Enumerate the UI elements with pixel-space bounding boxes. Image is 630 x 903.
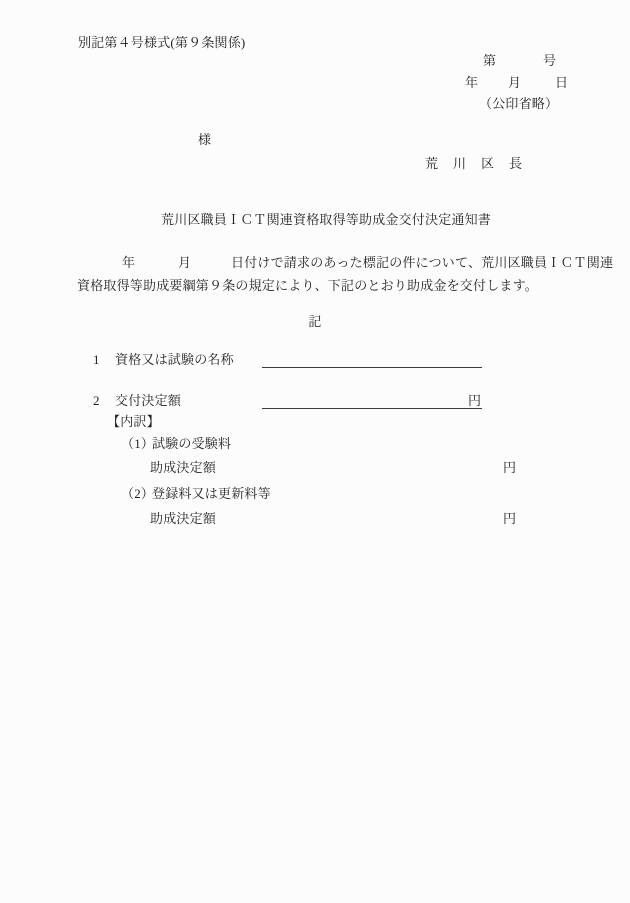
doc-number-prefix: 第	[483, 54, 496, 68]
doc-number-suffix: 号	[543, 54, 556, 68]
body-date-month-label: 月	[178, 256, 191, 270]
item-2-number: 2	[93, 394, 100, 408]
breakdown-1-number: （1）	[121, 437, 154, 451]
breakdown-1-amount-label: 助成決定額	[150, 461, 216, 475]
breakdown-2-amount-label: 助成決定額	[150, 512, 216, 526]
sender-name: 荒 川 区 長	[425, 157, 523, 171]
item-2-value-field	[262, 395, 482, 409]
date-month-label: 月	[508, 76, 521, 90]
date-year-label: 年	[465, 76, 478, 90]
date-day-label: 日	[555, 76, 568, 90]
form-label: 別記第４号様式(第９条関係)	[78, 36, 245, 50]
breakdown-2-number: （2）	[121, 487, 154, 501]
breakdown-1-unit: 円	[503, 461, 516, 475]
breakdown-heading: 【内訳】	[107, 415, 160, 429]
item-1-label: 資格又は試験の名称	[115, 353, 234, 367]
item-2-unit: 円	[468, 394, 481, 408]
ki-marker: 記	[0, 315, 630, 329]
seal-omitted-note: （公印省略）	[479, 97, 558, 111]
breakdown-2-unit: 円	[503, 512, 516, 526]
breakdown-2-label: 登録料又は更新料等	[152, 487, 271, 501]
body-date-year-label: 年	[122, 256, 135, 270]
document-title: 荒川区職員ＩＣＴ関連資格取得等助成金交付決定通知書	[161, 213, 491, 227]
addressee-honorific: 様	[198, 133, 211, 147]
item-2-label: 交付決定額	[115, 394, 181, 408]
item-1-number: 1	[93, 353, 100, 367]
body-line2: 資格取得等助成要綱第９条の規定により、下記のとおり助成金を交付します。	[77, 279, 538, 293]
document-page: 別記第４号様式(第９条関係) 第 号 年 月 日 （公印省略） 様 荒 川 区 …	[0, 0, 630, 903]
item-1-value-field	[262, 354, 482, 368]
breakdown-1-label: 試験の受験料	[152, 437, 231, 451]
body-line1: 日付けで請求のあった標記の件について、荒川区職員ＩＣＴ関連	[231, 256, 613, 270]
